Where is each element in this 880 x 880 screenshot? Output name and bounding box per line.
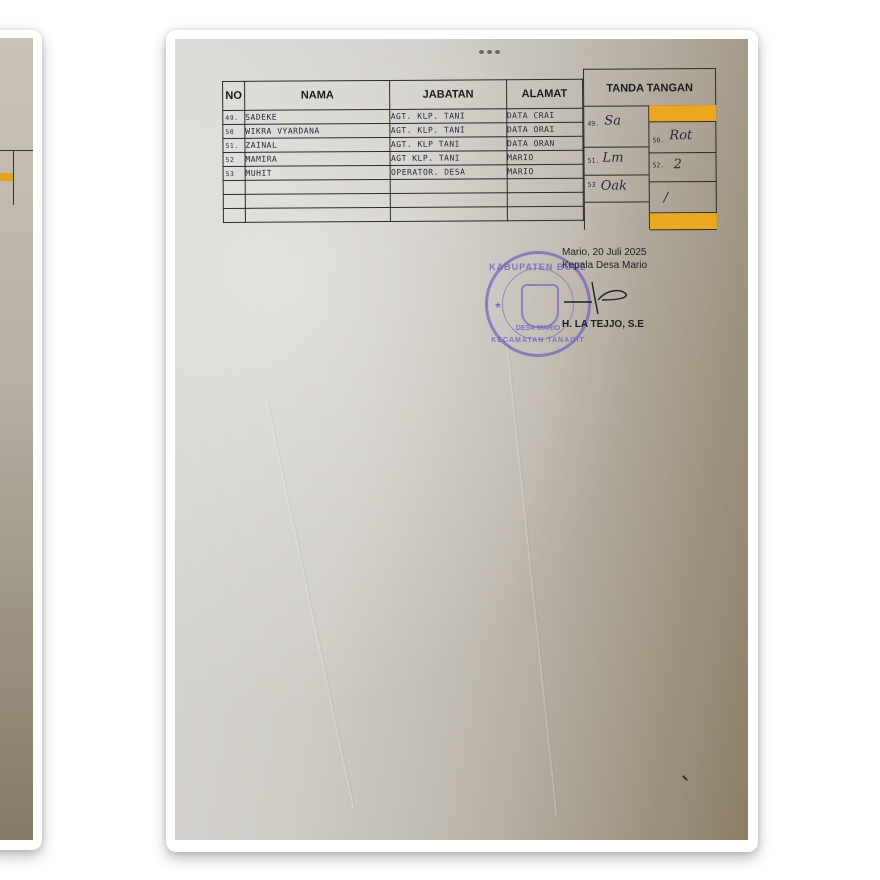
signature-mark: Rot: [669, 128, 692, 143]
cell-jabatan: AGT KLP. TANI: [390, 151, 506, 166]
header-jabatan: JABATAN: [390, 80, 506, 110]
signature-cell: 53 Oak: [585, 175, 649, 202]
signature-mark: 2: [674, 157, 682, 172]
cell-alamat: DATA ORAN: [506, 136, 583, 150]
cell-alamat: [507, 192, 584, 206]
header-nama: NAMA: [244, 80, 390, 110]
signature-mark: Oak: [601, 179, 627, 194]
previous-photo: [0, 38, 33, 840]
cell-alamat: [507, 178, 584, 192]
signature-cell: 51. Lm: [584, 147, 648, 175]
cell-no: 50: [223, 124, 245, 138]
star-icon: ★: [494, 300, 502, 311]
place-date: Mario, 20 Juli 2025: [562, 246, 647, 259]
cell-no: 49.: [223, 110, 245, 124]
handwritten-signature-icon: [562, 272, 632, 316]
cell-jabatan: [391, 207, 507, 222]
cell-no: 52: [223, 152, 245, 166]
punch-hole: [479, 48, 505, 56]
cell-no: 51.: [223, 138, 245, 152]
cell-jabatan: [391, 179, 507, 194]
crest-icon: [521, 284, 559, 328]
attendance-table-grid: NO NAMA JABATAN ALAMAT 49. SADEKE Agt. K…: [222, 79, 584, 223]
document-photo-card[interactable]: NO NAMA JABATAN ALAMAT 49. SADEKE Agt. K…: [166, 30, 758, 852]
cell-nama: [245, 193, 391, 208]
cell-nama: MUHIT: [245, 165, 391, 180]
cell-jabatan: Agt. KLP TANI: [390, 137, 506, 152]
header-tanda-tangan: TANDA TANGAN: [584, 69, 715, 107]
cell-no: [223, 208, 245, 222]
cell-nama: [245, 179, 391, 194]
signature-mark: Sa: [604, 114, 621, 129]
cell-jabatan: OPERATOR. DESA: [391, 165, 507, 180]
highlight-cell: [650, 213, 717, 230]
cell-alamat: [507, 206, 584, 220]
highlight-cell: [649, 105, 716, 122]
table-fragment-line: [0, 150, 33, 151]
cell-alamat: MARIO: [507, 164, 584, 178]
cell-no: [223, 180, 245, 194]
stamp-bottom-text: KECAMATAN TANAGIT: [488, 337, 588, 344]
cell-no: 53: [223, 166, 245, 180]
table-row: [223, 206, 583, 222]
header-alamat: ALAMAT: [506, 79, 583, 108]
signature-mark: Lm: [602, 151, 623, 166]
signature-cell: 52. 2: [650, 153, 717, 182]
cell-nama: [245, 207, 391, 222]
table-fragment-highlight: [0, 173, 13, 181]
signatory-name: H. LA TEJJO, S.E: [562, 319, 644, 330]
cell-jabatan: Agt. KLP. TANI: [390, 109, 506, 124]
signature-mark: /: [664, 190, 668, 205]
cell-alamat: DATA ORAI: [506, 122, 583, 136]
signatory-title: Kepala Desa Mario: [562, 259, 647, 272]
signature-cell: /: [650, 182, 717, 213]
cell-jabatan: Agt. KLP. TANI: [390, 123, 506, 138]
cell-no: [223, 194, 245, 208]
attendance-table: NO NAMA JABATAN ALAMAT 49. SADEKE Agt. K…: [222, 68, 723, 71]
paper-crease: [265, 398, 356, 810]
cell-nama: SADEKE: [245, 109, 391, 124]
cell-nama: ZAINAL: [245, 137, 391, 152]
header-no: NO: [223, 81, 245, 110]
table-fragment-line: [13, 150, 14, 205]
paper-speck: [682, 775, 688, 781]
signature-column: TANDA TANGAN 49. Sa 51. Lm 53 Oak: [583, 68, 717, 230]
cell-alamat: DATA CRAI: [506, 108, 583, 122]
cell-nama: MAMIRA: [245, 151, 391, 166]
previous-photo-card[interactable]: [0, 30, 42, 850]
cell-nama: WIKRA VYARDANA: [245, 123, 391, 138]
signature-block: Mario, 20 Juli 2025 Kepala Desa Mario H.…: [562, 246, 647, 272]
signature-column-right: 50. Rot 52. 2 /: [648, 105, 717, 229]
cell-jabatan: [391, 193, 507, 208]
cell-alamat: MARIO: [507, 150, 584, 164]
document-photo: NO NAMA JABATAN ALAMAT 49. SADEKE Agt. K…: [175, 39, 748, 840]
signature-cell: 50. Rot: [649, 122, 716, 153]
signature-cell: 49. Sa: [584, 105, 648, 147]
table-header-row: NO NAMA JABATAN ALAMAT: [223, 79, 583, 110]
paper-crease: [505, 339, 559, 817]
